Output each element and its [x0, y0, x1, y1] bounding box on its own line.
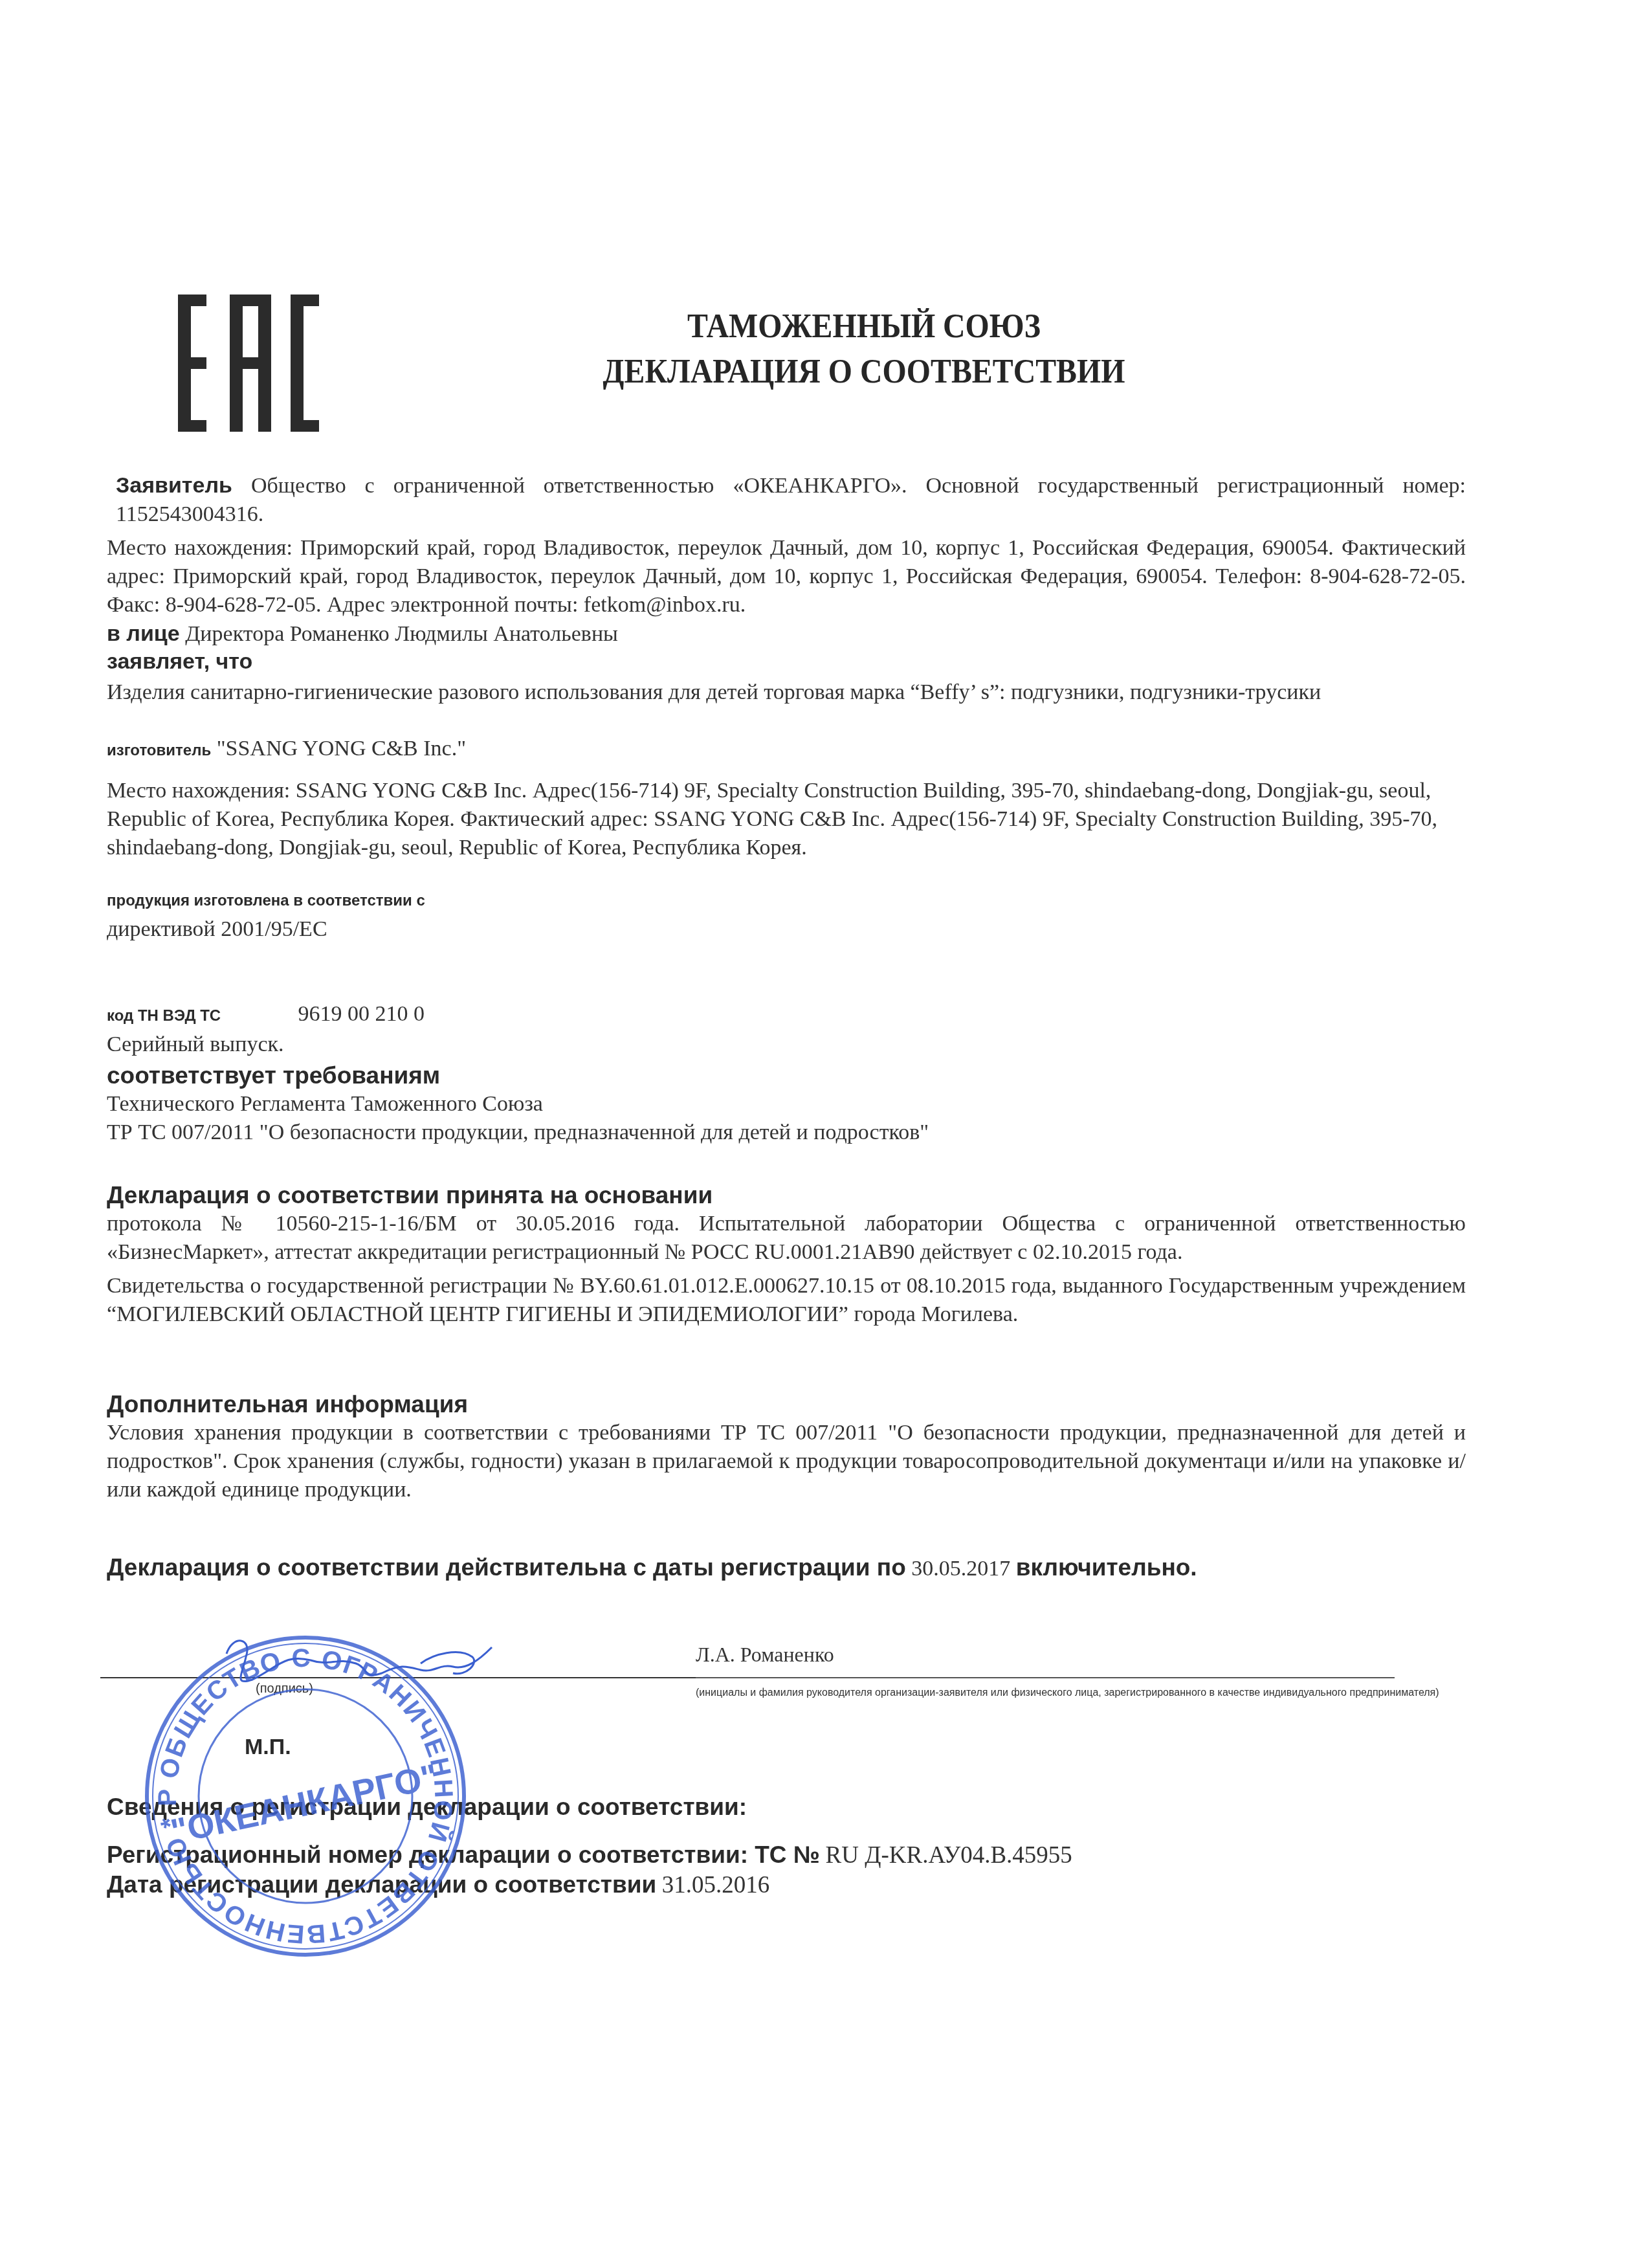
manufacturer-section: изготовитель "SSANG YONG C&B Inc." Место…: [107, 735, 1466, 862]
conforms-section: соответствует требованиям Технического Р…: [107, 1062, 1466, 1147]
company-stamp-icon: ОБЩЕСТВО С ОГРАНИЧЕННОЙ ОТВЕТСТВЕННОСТЬЮ…: [137, 1628, 474, 1964]
tn-ved-section: код ТН ВЭД ТС 9619 00 210 0 Серийный вып…: [107, 1000, 1466, 1059]
signatory-name-caption: (инициалы и фамилия руководителя организ…: [696, 1685, 1440, 1700]
tn-ved-code: 9619 00 210 0: [298, 1002, 425, 1026]
validity-prefix: Декларация о соответствии действительна …: [107, 1554, 906, 1581]
document-title: ТАМОЖЕННЫЙ СОЮЗ ДЕКЛАРАЦИЯ О СООТВЕТСТВИ…: [403, 304, 1325, 395]
conforms-label: соответствует требованиям: [107, 1062, 1466, 1090]
conforms-regulation-title: ТР ТС 007/2011 "О безопасности продукции…: [107, 1118, 1466, 1147]
applicant-label: Заявитель: [116, 473, 232, 498]
title-line-declaration: ДЕКЛАРАЦИЯ О СООТВЕТСТВИИ: [403, 350, 1325, 395]
basis-protocol: протокола № 10560-215-1-16/БМ от 30.05.2…: [107, 1210, 1466, 1267]
applicant-location: Место нахождения: Приморский край, город…: [107, 534, 1466, 619]
produced-in-accordance-section: продукция изготовлена в соответствии с д…: [107, 887, 1466, 944]
applicant-section: Заявитель Общество с ограниченной ответс…: [107, 471, 1466, 649]
validity-section: Декларация о соответствии действительна …: [107, 1553, 1466, 1583]
produced-in-accordance-label: продукция изготовлена в соответствии с: [107, 887, 1466, 915]
registration-date: 31.05.2016: [662, 1872, 770, 1898]
directive-text: директивой 2001/95/ЕС: [107, 915, 1466, 944]
basis-section: Декларация о соответствии принята на осн…: [107, 1181, 1466, 1329]
represented-text: Директора Романенко Людмилы Анатольевны: [185, 622, 618, 646]
additional-info-text: Условия хранения продукции в соответстви…: [107, 1419, 1466, 1504]
manufacturer-name: "SSANG YONG C&B Inc.": [217, 737, 466, 761]
basis-registration-certificate: Свидетельства о государственной регистра…: [107, 1272, 1466, 1329]
declaration-page: ТАМОЖЕННЫЙ СОЮЗ ДЕКЛАРАЦИЯ О СООТВЕТСТВИ…: [0, 0, 1636, 2268]
manufacturer-label: изготовитель: [107, 742, 211, 759]
applicant-text: Общество с ограниченной ответственностью…: [116, 474, 1466, 526]
stamp-center-text: "ОКЕАНКАРГО": [168, 1757, 441, 1851]
additional-info-label: Дополнительная информация: [107, 1390, 1466, 1419]
additional-info-section: Дополнительная информация Условия хранен…: [107, 1390, 1466, 1504]
name-line: [696, 1677, 1395, 1678]
release-type: Серийный выпуск.: [107, 1030, 1466, 1059]
basis-label: Декларация о соответствии принята на осн…: [107, 1181, 1466, 1210]
represented-label: в лице: [107, 621, 180, 646]
registration-number: RU Д-KR.АУ04.В.45955: [826, 1842, 1072, 1869]
validity-date: 30.05.2017: [911, 1557, 1010, 1581]
title-line-customs-union: ТАМОЖЕННЫЙ СОЮЗ: [403, 304, 1325, 350]
declares-label: заявляет, что: [107, 647, 1466, 676]
conforms-regulation: Технического Регламента Таможенного Союз…: [107, 1090, 1466, 1118]
validity-suffix: включительно.: [1016, 1554, 1197, 1581]
declares-section: заявляет, что Изделия санитарно-гигиенич…: [107, 647, 1466, 707]
eac-logo-icon: [178, 295, 319, 432]
tn-ved-label: код ТН ВЭД ТС: [107, 1002, 293, 1030]
manufacturer-location: Место нахождения: SSANG YONG C&B Inc. Ад…: [107, 777, 1466, 862]
product-description: Изделия санитарно-гигиенические разового…: [107, 678, 1466, 707]
signatory-name: Л.А. Романенко: [696, 1643, 834, 1667]
